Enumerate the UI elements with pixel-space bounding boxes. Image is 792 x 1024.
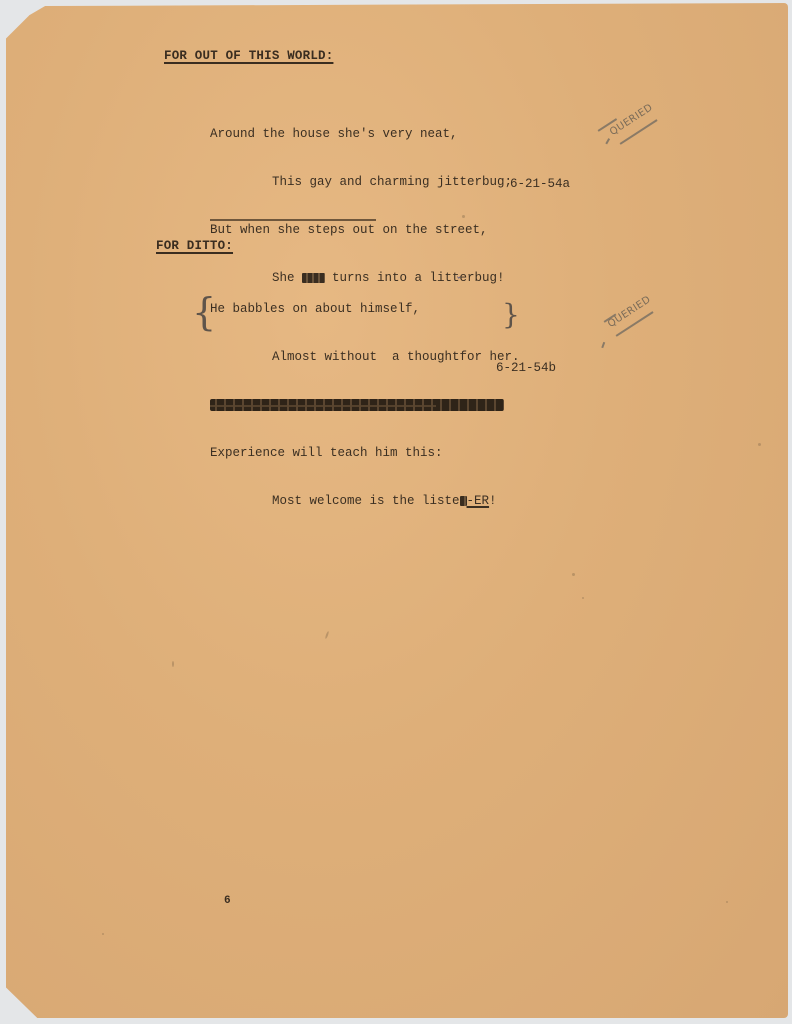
paper-speck [726, 901, 728, 903]
verse-line: But when she steps out on the street, [210, 222, 512, 238]
inserted-letter: t [452, 350, 460, 364]
typed-page: FOR OUT OF THIS WORLD: Around the house … [6, 3, 788, 1018]
date-code: 6-21-54a [510, 177, 570, 191]
verse-line: Experience will teach him this: [210, 445, 520, 461]
left-brace: { [192, 293, 216, 331]
insertion-caret-icon: ˇ [456, 275, 462, 288]
verse-line: Around the house she's very neat, [210, 126, 512, 142]
typed-over-letter: n [460, 496, 467, 506]
pencil-mark [605, 138, 609, 144]
paper-speck [572, 573, 575, 576]
verse-line: This gay and charming jitterbug; [210, 174, 512, 190]
right-brace: } [502, 301, 520, 329]
paper-speck [582, 597, 584, 599]
paper-speck [758, 443, 761, 446]
section-heading: FOR DITTO: [156, 239, 233, 253]
page-number: 6 [224, 895, 231, 907]
date-code: 6-21-54b [496, 361, 556, 375]
pencil-mark [601, 342, 604, 348]
verse-text: Most welcome is the liste [272, 494, 460, 508]
paper-speck [172, 661, 174, 667]
verse-line: Most welcome is the listen-ER! [210, 493, 520, 509]
paper-speck [102, 933, 104, 935]
paper-speck [325, 631, 330, 639]
section-divider [210, 405, 436, 407]
verse-text: ! [489, 494, 497, 508]
section-heading: FOR OUT OF THIS WORLD: [164, 49, 333, 63]
section-divider [210, 219, 376, 221]
verse-line: He babbles on about himself, [210, 301, 520, 317]
verse-text: Almost without a though [272, 350, 452, 364]
emphasized-suffix: -ER [467, 494, 490, 508]
verse-line: Almost without a thoughtfor her. [210, 349, 520, 365]
